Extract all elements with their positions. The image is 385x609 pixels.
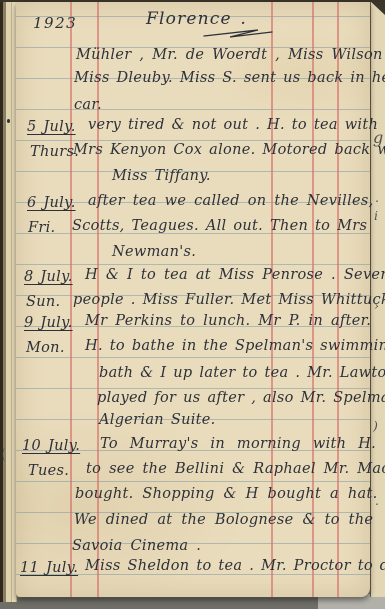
journal-line: We dined at the Bolognese & to the xyxy=(74,513,373,528)
journal-line: H & I to tea at Miss Penrose . Several xyxy=(85,268,385,283)
page-year: 1923 xyxy=(33,16,77,31)
diary-photo: g . i › ) . 1923 Florence . Mühler , Mr.… xyxy=(0,0,385,609)
entry-date: 5 July. xyxy=(27,120,76,135)
journal-line: Miss Sheldon to tea . Mr. Proctor to din… xyxy=(85,559,385,574)
entry-day: Fri. xyxy=(28,221,55,236)
journal-line: Miss Tiffany. xyxy=(112,169,211,184)
journal-line: To Murray's in morning with H. xyxy=(100,437,376,452)
bleed-text-mark: ) xyxy=(373,420,378,433)
journal-line: Newman's. xyxy=(112,245,196,260)
journal-line: H. to bathe in the Spelman's swimming xyxy=(85,339,385,354)
margin-rule xyxy=(70,2,72,597)
entry-date: 11 July. xyxy=(20,561,78,576)
entry-day: Mon. xyxy=(26,341,65,356)
journal-line: played for us after , also Mr. Spelman's xyxy=(97,391,385,406)
table-shadow xyxy=(0,598,322,609)
journal-line: Algerian Suite. xyxy=(99,413,216,428)
journal-line: Mrs Kenyon Cox alone. Motored back with xyxy=(73,143,385,158)
journal-line: after tea we called on the Nevilles, xyxy=(88,194,374,209)
journal-line: Scotts, Teagues. All out. Then to Mrs xyxy=(72,219,367,234)
journal-line: Miss Dleuby. Miss S. sent us back in her xyxy=(74,71,385,86)
entry-day: Thurs. xyxy=(30,145,79,160)
journal-line: bought. Shopping & H bought a hat. xyxy=(75,487,378,502)
journal-line: Mühler , Mr. de Woerdt , Miss Wilson & xyxy=(76,48,385,63)
bleed-text-mark: i xyxy=(374,210,378,223)
entry-date: 8 July. xyxy=(24,270,73,285)
ink-speck xyxy=(7,119,10,123)
entry-date: 10 July. xyxy=(22,439,80,454)
journal-line: car. xyxy=(74,98,102,113)
title-underline-flourish xyxy=(202,28,274,40)
entry-date: 6 July. xyxy=(27,196,76,211)
page-title: Florence . xyxy=(146,11,247,28)
diary-page: 1923 Florence . Mühler , Mr. de Woerdt ,… xyxy=(16,2,370,597)
entry-date: 9 July. xyxy=(24,316,73,331)
journal-line: very tired & not out . H. to tea with xyxy=(88,118,378,133)
journal-line: people . Miss Fuller. Met Miss Whittuck xyxy=(73,293,385,308)
ink-mark xyxy=(2,448,9,461)
journal-line: bath & I up later to tea . Mr. Lawton xyxy=(99,366,385,381)
bleed-text-mark: . xyxy=(375,192,379,205)
journal-line: Savoia Cinema . xyxy=(72,539,201,554)
journal-line: Mr Perkins to lunch. Mr P. in after. xyxy=(85,314,371,329)
entry-day: Tues. xyxy=(28,464,69,479)
journal-line: to see the Bellini & Raphael Mr. Macy xyxy=(86,462,385,477)
entry-day: Sun. xyxy=(26,295,60,310)
